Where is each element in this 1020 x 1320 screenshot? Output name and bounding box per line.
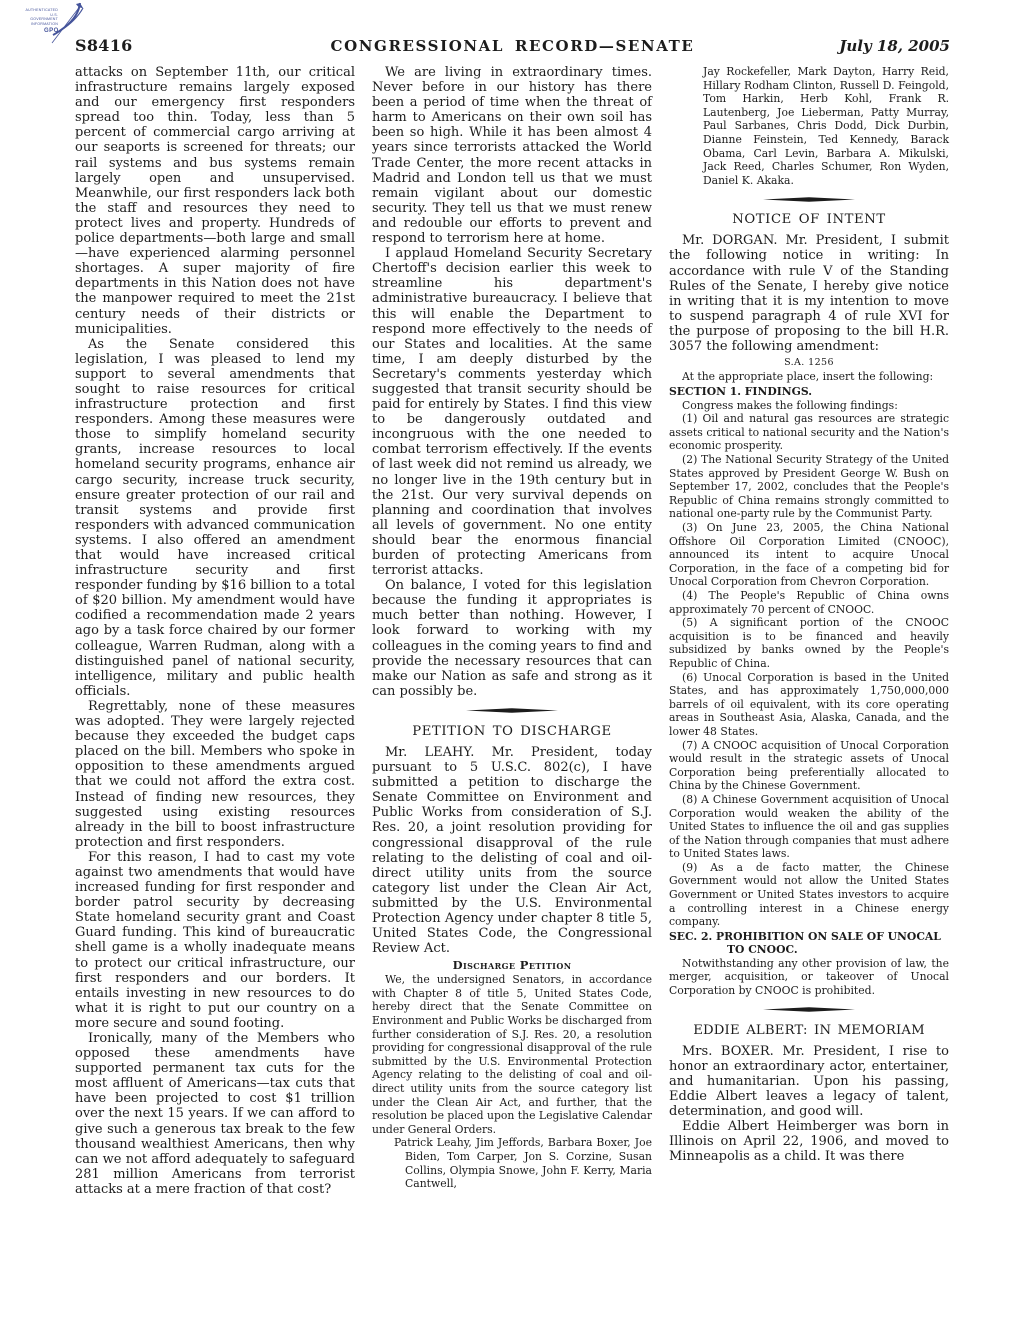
finding-item: (4) The People's Republic of China owns … (669, 589, 949, 616)
column-3: Jay Rockefeller, Mark Dayton, Harry Reid… (669, 65, 949, 1197)
findings-list: (1) Oil and natural gas resources are st… (669, 412, 949, 929)
congressional-record-page: AUTHENTICATED U.S. GOVERNMENT INFORMATIO… (0, 0, 1020, 1320)
findings-intro: Congress makes the following findings: (669, 399, 949, 413)
publication-title: CONGRESSIONAL RECORD—SENATE (235, 37, 790, 55)
amendment-number: S.A. 1256 (669, 357, 949, 368)
leahy-statement: Mr. LEAHY. Mr. President, today pursuant… (372, 745, 652, 956)
speech-paragraph: As the Senate considered this legislatio… (75, 337, 355, 699)
finding-item: (7) A CNOOC acquisition of Unocal Corpor… (669, 739, 949, 793)
gpo-eagle-swoosh-icon (50, 2, 84, 46)
speech-paragraph: We are living in extraordinary times. Ne… (372, 65, 652, 246)
speech-paragraph: I applaud Homeland Security Secretary Ch… (372, 246, 652, 578)
section-1-findings-heading: SECTION 1. FINDINGS. (669, 385, 949, 398)
petition-text: We, the undersigned Senators, in accorda… (372, 973, 652, 1136)
swelled-rule-icon (763, 1007, 855, 1012)
petition-to-discharge-heading: PETITION TO DISCHARGE (372, 724, 652, 739)
speech-paragraph: Mrs. BOXER. Mr. President, I rise to hon… (669, 1044, 949, 1119)
speech-paragraph: For this reason, I had to cast my vote a… (75, 850, 355, 1031)
speech-paragraph: Eddie Albert Heimberger was born in Illi… (669, 1119, 949, 1164)
page-number: S8416 (75, 36, 235, 55)
issue-date: July 18, 2005 (790, 37, 950, 55)
speech-paragraph: On balance, I voted for this legislation… (372, 578, 652, 699)
finding-item: (3) On June 23, 2005, the China National… (669, 521, 949, 589)
section-separator (669, 189, 949, 209)
section-2-text: Notwithstanding any other provision of l… (669, 957, 949, 998)
finding-item: (5) A significant portion of the CNOOC a… (669, 616, 949, 670)
speech-continuation: attacks on September 11th, our critical … (75, 65, 355, 1197)
finding-item: (2) The National Security Strategy of th… (669, 453, 949, 521)
speech-paragraph: Ironically, many of the Members who oppo… (75, 1031, 355, 1197)
column-2: We are living in extraordinary times. Ne… (372, 65, 652, 1197)
finding-item: (1) Oil and natural gas resources are st… (669, 412, 949, 453)
petition-signatures: Patrick Leahy, Jim Jeffords, Barbara Box… (372, 1136, 652, 1190)
swelled-rule-icon (466, 708, 558, 713)
gpo-authentication-logo: AUTHENTICATED U.S. GOVERNMENT INFORMATIO… (24, 2, 84, 46)
section-2-heading: SEC. 2. PROHIBITION ON SALE OF UNOCAL TO… (669, 930, 949, 956)
finding-item: (6) Unocal Corporation is based in the U… (669, 671, 949, 739)
discharge-petition-subheading: Discharge Petition (372, 958, 652, 972)
dorgan-statement: Mr. DORGAN. Mr. President, I submit the … (669, 233, 949, 354)
finding-item: (9) As a de facto matter, the Chinese Go… (669, 861, 949, 929)
petition-signatures-continued: Jay Rockefeller, Mark Dayton, Harry Reid… (669, 65, 949, 187)
column-1: attacks on September 11th, our critical … (75, 65, 355, 1197)
masthead: S8416 CONGRESSIONAL RECORD—SENATE July 1… (0, 0, 1020, 55)
notice-of-intent-heading: NOTICE OF INTENT (669, 212, 949, 227)
speech-continuation: We are living in extraordinary times. Ne… (372, 65, 652, 699)
amendment-intro: At the appropriate place, insert the fol… (669, 370, 949, 384)
section-separator (669, 1000, 949, 1020)
speech-paragraph: Regrettably, none of these measures was … (75, 699, 355, 850)
speech-paragraph: attacks on September 11th, our critical … (75, 65, 355, 337)
section-separator (372, 701, 652, 721)
page-body: attacks on September 11th, our critical … (0, 55, 1020, 1197)
finding-item: (8) A Chinese Government acquisition of … (669, 793, 949, 861)
swelled-rule-icon (763, 197, 855, 202)
eddie-albert-memoriam-heading: EDDIE ALBERT: IN MEMORIAM (669, 1023, 949, 1038)
boxer-statement: Mrs. BOXER. Mr. President, I rise to hon… (669, 1044, 949, 1165)
